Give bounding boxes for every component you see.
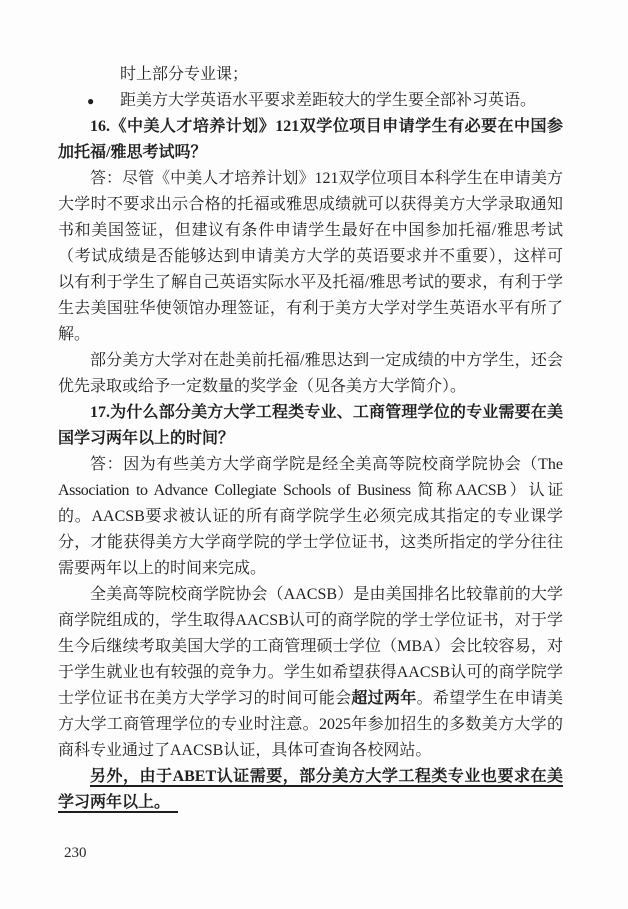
- text-block: 时上部分专业课；●距美方大学英语水平要求差距较大的学生要全部补习英语。16.《中…: [58, 62, 563, 816]
- text-line: 16.《中美人才培养计划》121双学位项目申请学生有必要在中国参: [58, 114, 563, 140]
- text-line: 的。AACSB要求被认证的所有商学院学生必须完成其指定的专业课学: [58, 504, 563, 530]
- text-segment: Association to Advance Collegiate School…: [58, 482, 563, 499]
- text-segment: 士学位证书在美方大学学习的时间可能会: [58, 690, 351, 707]
- text-segment: （考试成绩是否能够达到申请美方大学的英语要求并不重要），这样可: [58, 248, 563, 265]
- text-segment: 国学习两年以上的时间？: [58, 430, 234, 447]
- text-segment: 学习两年以上。: [58, 794, 178, 811]
- text-line: 另外，由于ABET认证需要，部分美方大学工程类专业也要求在美: [58, 764, 563, 790]
- text-line: Association to Advance Collegiate School…: [58, 478, 563, 504]
- text-line: ●距美方大学英语水平要求差距较大的学生要全部补习英语。: [58, 88, 563, 114]
- text-line: （考试成绩是否能够达到申请美方大学的英语要求并不重要），这样可: [58, 244, 563, 270]
- text-line: 解。: [58, 322, 563, 348]
- text-line: 国学习两年以上的时间？: [58, 426, 563, 452]
- text-segment: 加托福/雅思考试吗？: [58, 144, 206, 161]
- text-line: 优先录取或给予一定数量的奖学金（见各美方大学简介）。: [58, 374, 563, 400]
- text-segment: 优先录取或给予一定数量的奖学金（见各美方大学简介）。: [58, 378, 466, 395]
- bullet-icon: ●: [87, 88, 94, 114]
- text-segment: 17.为什么部分美方大学工程类专业、工商管理学位的专业需要在美: [90, 404, 563, 421]
- text-line: 士学位证书在美方大学学习的时间可能会超过两年。希望学生在申请美: [58, 686, 563, 712]
- text-segment: 分，才能获得美方大学商学院的学士学位证书，这类所指定的学分往往: [58, 534, 563, 551]
- text-segment: 全美高等院校商学院协会（AACSB）是由美国排名比较靠前的大学: [90, 586, 563, 603]
- text-segment: 于学生就业也有较强的竞争力。学生如希望获得AACSB认可的商学院学: [58, 664, 563, 681]
- text-segment: 需要两年以上的时间来完成。: [58, 560, 266, 577]
- page-number: 230: [64, 844, 87, 862]
- text-segment: 答：因为有些美方大学商学院是经全美高等院校商学院协会（The: [90, 456, 563, 473]
- text-line: 大学时不要求出示合格的托福或雅思成绩就可以获得美方大学录取通知: [58, 192, 563, 218]
- text-segment: 书和美国签证，但建议有条件申请学生最好在中国参加托福/雅思考试: [58, 222, 563, 239]
- text-segment: 另外，由于ABET认证需要，部分美方大学工程类专业也要求在美: [90, 768, 563, 785]
- text-line: 书和美国签证，但建议有条件申请学生最好在中国参加托福/雅思考试: [58, 218, 563, 244]
- text-line: 加托福/雅思考试吗？: [58, 140, 563, 166]
- text-segment: 商科专业通过了AACSB认证，具体可查询各校网站。: [58, 742, 431, 759]
- text-line: 部分美方大学对在赴美前托福/雅思达到一定成绩的中方学生，还会: [58, 348, 563, 374]
- text-segment: 解。: [58, 326, 90, 343]
- text-segment: 生今后继续考取美国大学的工商管理硕士学位（MBA）会比较容易，对: [58, 638, 563, 655]
- text-line: 生今后继续考取美国大学的工商管理硕士学位（MBA）会比较容易，对: [58, 634, 563, 660]
- text-line: 分，才能获得美方大学商学院的学士学位证书，这类所指定的学分往往: [58, 530, 563, 556]
- text-segment: 商学院组成的，学生取得AACSB认可的商学院的学士学位证书，对于学: [58, 612, 563, 629]
- text-segment: 。希望学生在申请美: [417, 690, 563, 707]
- text-segment: 16.《中美人才培养计划》121双学位项目申请学生有必要在中国参: [90, 118, 563, 135]
- text-segment: 以有利于学生了解自己英语实际水平及托福/雅思考试的要求，有利于学: [58, 274, 563, 291]
- text-line: 生去美国驻华使领馆办理签证，有利于美方大学对学生英语水平有所了: [58, 296, 563, 322]
- text-line: 以有利于学生了解自己英语实际水平及托福/雅思考试的要求，有利于学: [58, 270, 563, 296]
- text-line: 于学生就业也有较强的竞争力。学生如希望获得AACSB认可的商学院学: [58, 660, 563, 686]
- text-segment: 大学时不要求出示合格的托福或雅思成绩就可以获得美方大学录取通知: [58, 196, 563, 213]
- text-line: 商学院组成的，学生取得AACSB认可的商学院的学士学位证书，对于学: [58, 608, 563, 634]
- text-line: 17.为什么部分美方大学工程类专业、工商管理学位的专业需要在美: [58, 400, 563, 426]
- text-segment: 距美方大学英语水平要求差距较大的学生要全部补习英语。: [120, 92, 536, 109]
- text-line: 答：因为有些美方大学商学院是经全美高等院校商学院协会（The: [58, 452, 563, 478]
- text-segment: 时上部分专业课；: [120, 66, 248, 83]
- text-line: 学习两年以上。: [58, 790, 563, 816]
- text-segment: 部分美方大学对在赴美前托福/雅思达到一定成绩的中方学生，还会: [90, 352, 563, 369]
- text-line: 商科专业通过了AACSB认证，具体可查询各校网站。: [58, 738, 563, 764]
- text-line: 全美高等院校商学院协会（AACSB）是由美国排名比较靠前的大学: [58, 582, 563, 608]
- text-line: 方大学工商管理学位的专业时注意。2025年参加招生的多数美方大学的: [58, 712, 563, 738]
- text-line: 答：尽管《中美人才培养计划》121双学位项目本科学生在申请美方: [58, 166, 563, 192]
- text-line: 需要两年以上的时间来完成。: [58, 556, 563, 582]
- document-page: 时上部分专业课；●距美方大学英语水平要求差距较大的学生要全部补习英语。16.《中…: [0, 0, 628, 909]
- text-segment: 方大学工商管理学位的专业时注意。2025年参加招生的多数美方大学的: [58, 716, 563, 733]
- text-segment: 生去美国驻华使领馆办理签证，有利于美方大学对学生英语水平有所了: [58, 300, 563, 317]
- emphasized-text: 超过两年: [351, 690, 416, 707]
- text-line: 时上部分专业课；: [58, 62, 563, 88]
- text-segment: 的。AACSB要求被认证的所有商学院学生必须完成其指定的专业课学: [58, 508, 563, 525]
- text-segment: 答：尽管《中美人才培养计划》121双学位项目本科学生在申请美方: [90, 170, 563, 187]
